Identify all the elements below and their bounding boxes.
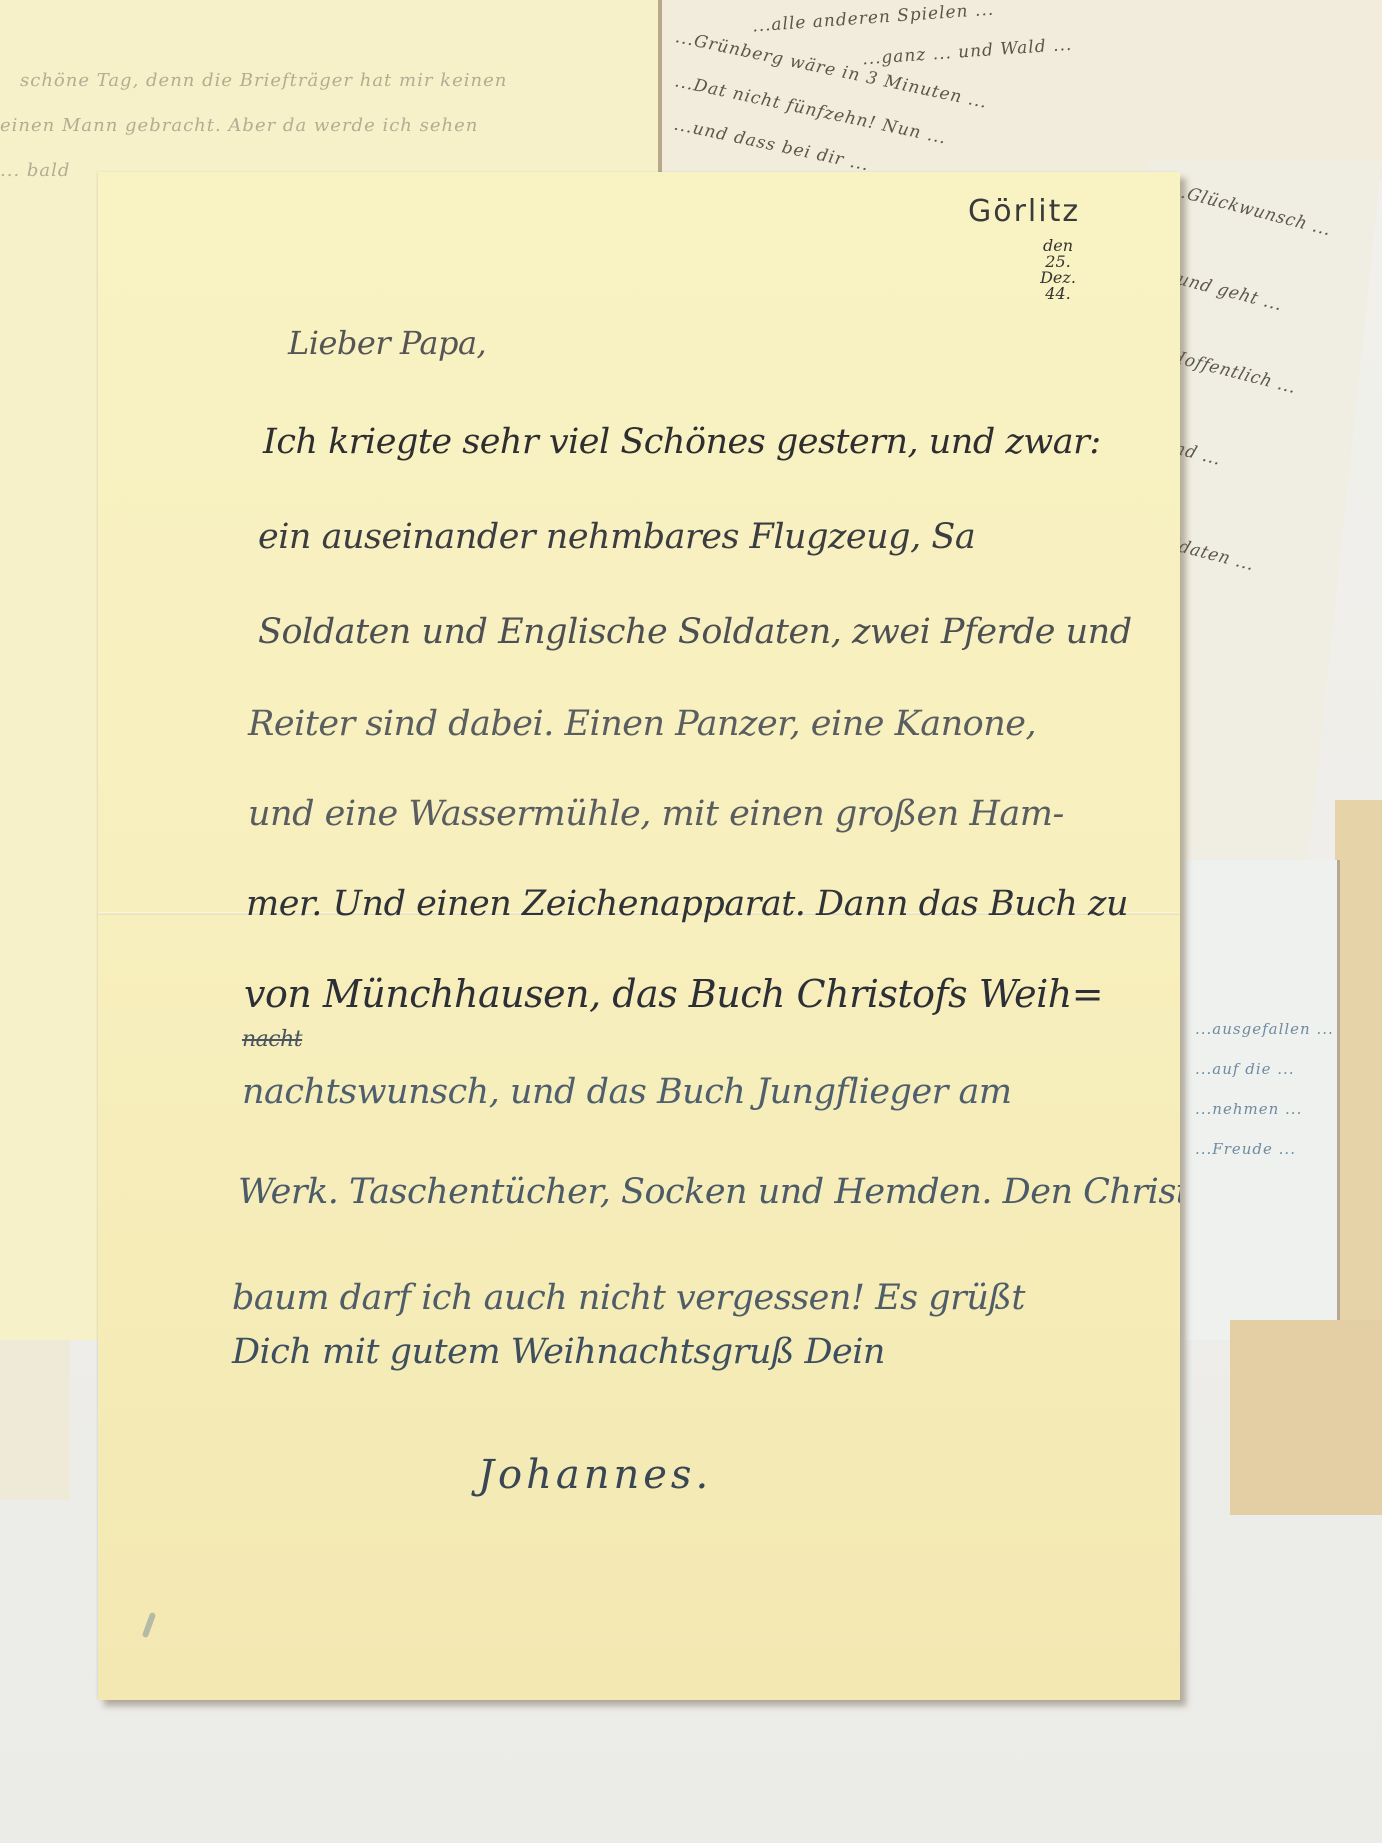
handwritten-letter: Görlitz den 25. Dez. 44. Lieber Papa, Ic… (98, 172, 1180, 1700)
background-tan-lined-sheet (1230, 1320, 1382, 1515)
background-text-line: ...ausgefallen ... (1195, 1020, 1334, 1038)
background-text-line: ...Freude ... (1195, 1140, 1296, 1158)
letter-signature: Johannes. (478, 1452, 712, 1498)
background-text-line: ... bald (0, 160, 70, 181)
letter-line-9: Werk. Taschentücher, Socken und Hemden. … (238, 1172, 1180, 1212)
letter-line-1: Ich kriegte sehr viel Schönes gestern, u… (263, 422, 1101, 462)
letter-place: Görlitz (968, 194, 1080, 229)
background-text-line: ...alle anderen Spielen ... (752, 0, 995, 36)
letter-line-6: mer. Und einen Zeichenapparat. Dann das … (246, 884, 1128, 924)
letter-line-5: und eine Wassermühle, mit einen großen H… (248, 794, 1064, 834)
date-year: 44. (1028, 286, 1088, 302)
letter-line-3: Soldaten und Englische Soldaten, zwei Pf… (258, 612, 1132, 652)
letter-line-10: baum darf ich auch nicht vergessen! Es g… (232, 1278, 1025, 1318)
background-blue-ink-note: ...ausgefallen ... ...auf die ... ...neh… (1185, 860, 1340, 1340)
letter-line-2: ein auseinander nehmbares Flugzeug, Sa (258, 517, 975, 557)
background-letter-top-right: ...alle anderen Spielen ... ...ganz ... … (658, 0, 1382, 180)
background-text-line: ...auf die ... (1195, 1060, 1295, 1078)
background-text-line: ...Glückwunsch ... (1166, 180, 1335, 241)
background-sheet-lower-left (0, 1340, 70, 1500)
struck-out-word: nacht (242, 1027, 302, 1052)
background-text-line: einen Mann gebracht. Aber da werde ich s… (0, 115, 478, 136)
letter-greeting: Lieber Papa, (288, 324, 486, 362)
letter-line-7: von Münchhausen, das Buch Christofs Weih… (244, 972, 1103, 1016)
letter-line-4: Reiter sind dabei. Einen Panzer, eine Ka… (248, 704, 1036, 744)
letter-line-8: nachtswunsch, und das Buch Jungflieger a… (242, 1072, 1012, 1112)
background-text-line: ...nehmen ... (1195, 1100, 1302, 1118)
background-tan-sheet (1335, 800, 1382, 1340)
letter-date: den 25. Dez. 44. (1028, 238, 1088, 302)
letter-line-11: Dich mit gutem Weihnachtsgruß Dein (232, 1332, 885, 1372)
ink-smudge (142, 1612, 157, 1638)
background-text-line: ...ganz ... und Wald ... (862, 35, 1073, 70)
background-text-line: schöne Tag, denn die Briefträger hat mir… (20, 70, 507, 91)
